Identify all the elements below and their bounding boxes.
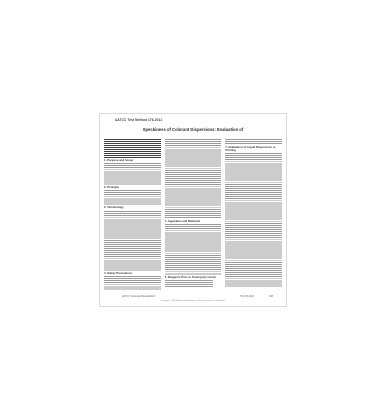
column-3: 7. Evaluation of Liquid Dispersions or P…: [225, 139, 282, 293]
text-block: [104, 190, 161, 205]
section-heading: 1. Purpose and Scope: [104, 159, 161, 162]
text-columns: 1. Purpose and Scope 2. Principle 3. Ter…: [104, 139, 282, 293]
text-block: [165, 280, 214, 288]
text-block: [165, 139, 222, 219]
text-block: [104, 276, 161, 290]
section-heading: 4. Safety Precautions: [104, 272, 161, 275]
footer-copyright: Copyright © 2012 American Association of…: [100, 300, 286, 302]
text-block: [225, 139, 282, 145]
column-1: 1. Purpose and Scope 2. Principle 3. Ter…: [104, 139, 161, 293]
document-title: Speckiness of Colorant Dispersions: Eval…: [100, 127, 286, 132]
text-block: [165, 224, 222, 275]
intro-paragraph: [104, 139, 161, 158]
document-page: AATCC Test Method 176-2011 Speckiness of…: [99, 113, 287, 307]
text-block: [104, 211, 161, 271]
section-heading: 7. Evaluation of Liquid Dispersions or P…: [225, 146, 282, 152]
column-2: 5. Apparatus and Materials 6. Reagents P…: [165, 139, 222, 293]
section-heading: 2. Principle: [104, 186, 161, 189]
text-block: [104, 163, 161, 185]
section-heading: 6. Reagents Prior to Testing (by mesh): [165, 276, 222, 279]
footer-method-ref: TM 176-2011: [240, 295, 254, 298]
text-block: [225, 153, 282, 287]
footer-manual: AATCC Technical Manual/2013: [122, 295, 155, 298]
section-heading: 5. Apparatus and Materials: [165, 220, 222, 223]
section-heading: 3. Terminology: [104, 206, 161, 209]
footer-page-number: 333: [269, 295, 273, 298]
method-number: AATCC Test Method 176-2011: [115, 118, 162, 122]
screenshot-canvas: AATCC Test Method 176-2011 Speckiness of…: [0, 0, 368, 420]
